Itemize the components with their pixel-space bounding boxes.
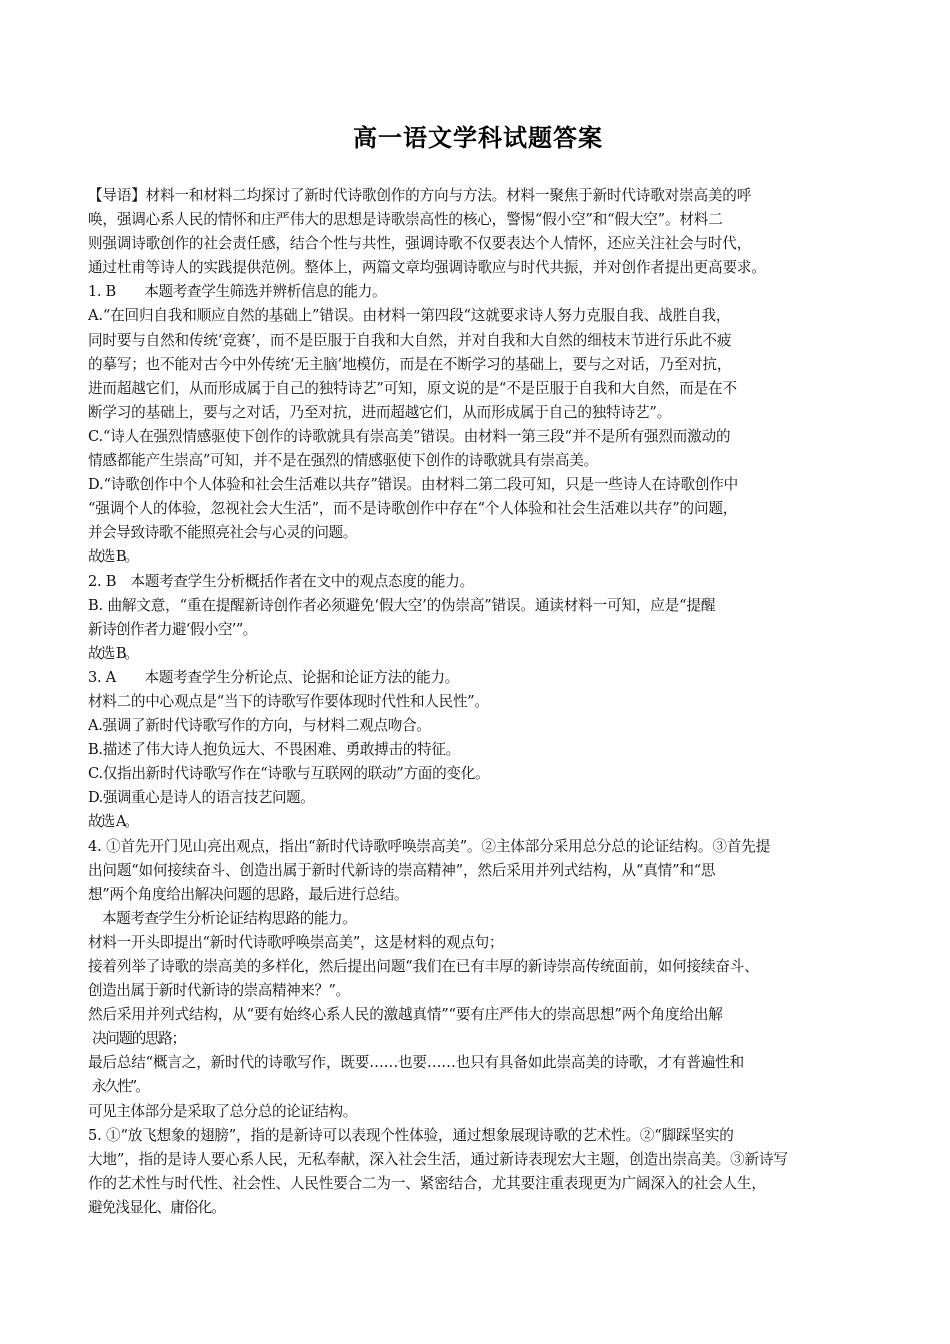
text-line: 则强调诗歌创作的社会责任感，结合个性与共性，强调诗歌不仅要表达个人情怀，还应关注…: [88, 232, 872, 256]
text-line: 2. B 本题考查学生分析概括作者在文中的观点态度的能力。: [88, 570, 872, 594]
text-line: D.“诗歌创作中个人体验和社会生活难以共存”错误。由材料二第二段可知，只是一些诗…: [88, 473, 872, 497]
text-line: 断学习的基础上，要与之对话，乃至对抗，进而超越它们，从而形成属于自己的独特诗艺”…: [88, 401, 872, 425]
text-line: 进而超越它们，从而形成属于自己的独特诗艺”可知，原文说的是“不是臣服于自我和大自…: [88, 377, 872, 401]
text-line: 并会导致诗歌不能照亮社会与心灵的问题。: [88, 521, 872, 545]
text-line: 本题考查学生分析论证结构思路的能力。: [88, 907, 872, 931]
text-line: C.“诗人在强烈情感驱使下创作的诗歌就具有崇高美”错误。由材料一第三段“并不是所…: [88, 425, 872, 449]
text-line: 故选 B。: [88, 545, 872, 569]
text-line: C.仅指出新时代诗歌写作在“诗歌与互联网的联动”方面的变化。: [88, 762, 872, 786]
document-body: 【导语】材料一和材料二均探讨了新时代诗歌创作的方向与方法。材料一聚焦于新时代诗歌…: [88, 184, 872, 1220]
text-line: A.强调了新时代诗歌写作的方向，与材料二观点吻合。: [88, 714, 872, 738]
text-line: 材料二的中心观点是“当下的诗歌写作要体现时代性和人民性”。: [88, 690, 872, 714]
document-title: 高一语文学科试题答案: [88, 122, 868, 154]
text-line: 4. ①首先开门见山亮出观点，指出“新时代诗歌呼唤崇高美”。②主体部分采用总分总…: [88, 835, 872, 859]
text-line: “强调个人的体验，忽视社会大生活”，而不是诗歌创作中存在“个人体验和社会生活难以…: [88, 497, 872, 521]
text-line: 故选 A。: [88, 810, 872, 834]
text-line: 通过杜甫等诗人的实践提供范例。整体上，两篇文章均强调诗歌应与时代共振，并对创作者…: [88, 256, 872, 280]
text-line: 出问题“如何接续奋斗、创造出属于新时代新诗的崇高精神”，然后采用并列式结构，从“…: [88, 859, 872, 883]
text-line: 可见主体部分是采取了总分总的论证结构。: [88, 1100, 872, 1124]
text-line: B.描述了伟大诗人抱负远大、不畏困难、勇敢搏击的特征。: [88, 738, 872, 762]
text-line: 然后采用并列式结构，从“要有始终心系人民的激越真情”“要有庄严伟大的崇高思想”两…: [88, 1003, 872, 1027]
text-line: A.“在回归自我和顺应自然的基础上”错误。由材料一第四段“这就要求诗人努力克服自…: [88, 304, 872, 328]
text-line: 故选 B。: [88, 642, 872, 666]
text-line: 同时要与自然和传统‘竞赛’，而不是臣服于自我和大自然，并对自我和大自然的细枝末节…: [88, 329, 872, 353]
text-line: 5. ①“放飞想象的翅膀”，指的是新诗可以表现个性体验，通过想象展现诗歌的艺术性…: [88, 1124, 872, 1148]
text-line: 创造出属于新时代新诗的崇高精神来？”。: [88, 979, 872, 1003]
text-line: 3. A 本题考查学生分析论点、论据和论证方法的能力。: [88, 666, 872, 690]
text-line: 想”两个角度给出解决问题的思路，最后进行总结。: [88, 883, 872, 907]
text-line: 决问题的思路；: [88, 1027, 872, 1051]
text-line: 最后总结“概言之，新时代的诗歌写作，既要……也要……也只有具备如此崇高美的诗歌，…: [88, 1051, 872, 1075]
text-line: 新诗创作者力避‘假小空’”。: [88, 618, 872, 642]
text-line: 永久性”。: [88, 1075, 872, 1099]
text-line: 情感都能产生崇高”可知，并不是在强烈的情感驱使下创作的诗歌就具有崇高美。: [88, 449, 872, 473]
text-line: 接着列举了诗歌的崇高美的多样化，然后提出问题“我们在已有丰厚的新诗崇高传统面前，…: [88, 955, 872, 979]
text-line: 作的艺术性与时代性、社会性、人民性要合二为一、紧密结合，尤其要注重表现更为广阔深…: [88, 1172, 872, 1196]
text-line: 【导语】材料一和材料二均探讨了新时代诗歌创作的方向与方法。材料一聚焦于新时代诗歌…: [88, 184, 872, 208]
text-line: 材料一开头即提出“新时代诗歌呼唤崇高美”，这是材料的观点句；: [88, 931, 872, 955]
text-line: 1. B 本题考查学生筛选并辨析信息的能力。: [88, 280, 872, 304]
text-line: D.强调重心是诗人的语言技艺问题。: [88, 786, 872, 810]
text-line: 的摹写；也不能对古今中外传统‘无主脑’地模仿，而是在不断学习的基础上，要与之对话…: [88, 353, 872, 377]
text-line: B. 曲解文意，“重在提醒新诗创作者必须避免‘假大空’的伪崇高”错误。通读材料一…: [88, 594, 872, 618]
text-line: 大地”，指的是诗人要心系人民，无私奉献，深入社会生活，通过新诗表现宏大主题，创造…: [88, 1148, 872, 1172]
text-line: 避免浅显化、庸俗化。: [88, 1196, 872, 1220]
text-line: 唤，强调心系人民的情怀和庄严伟大的思想是诗歌崇高性的核心，警惕“假小空”和“假大…: [88, 208, 872, 232]
